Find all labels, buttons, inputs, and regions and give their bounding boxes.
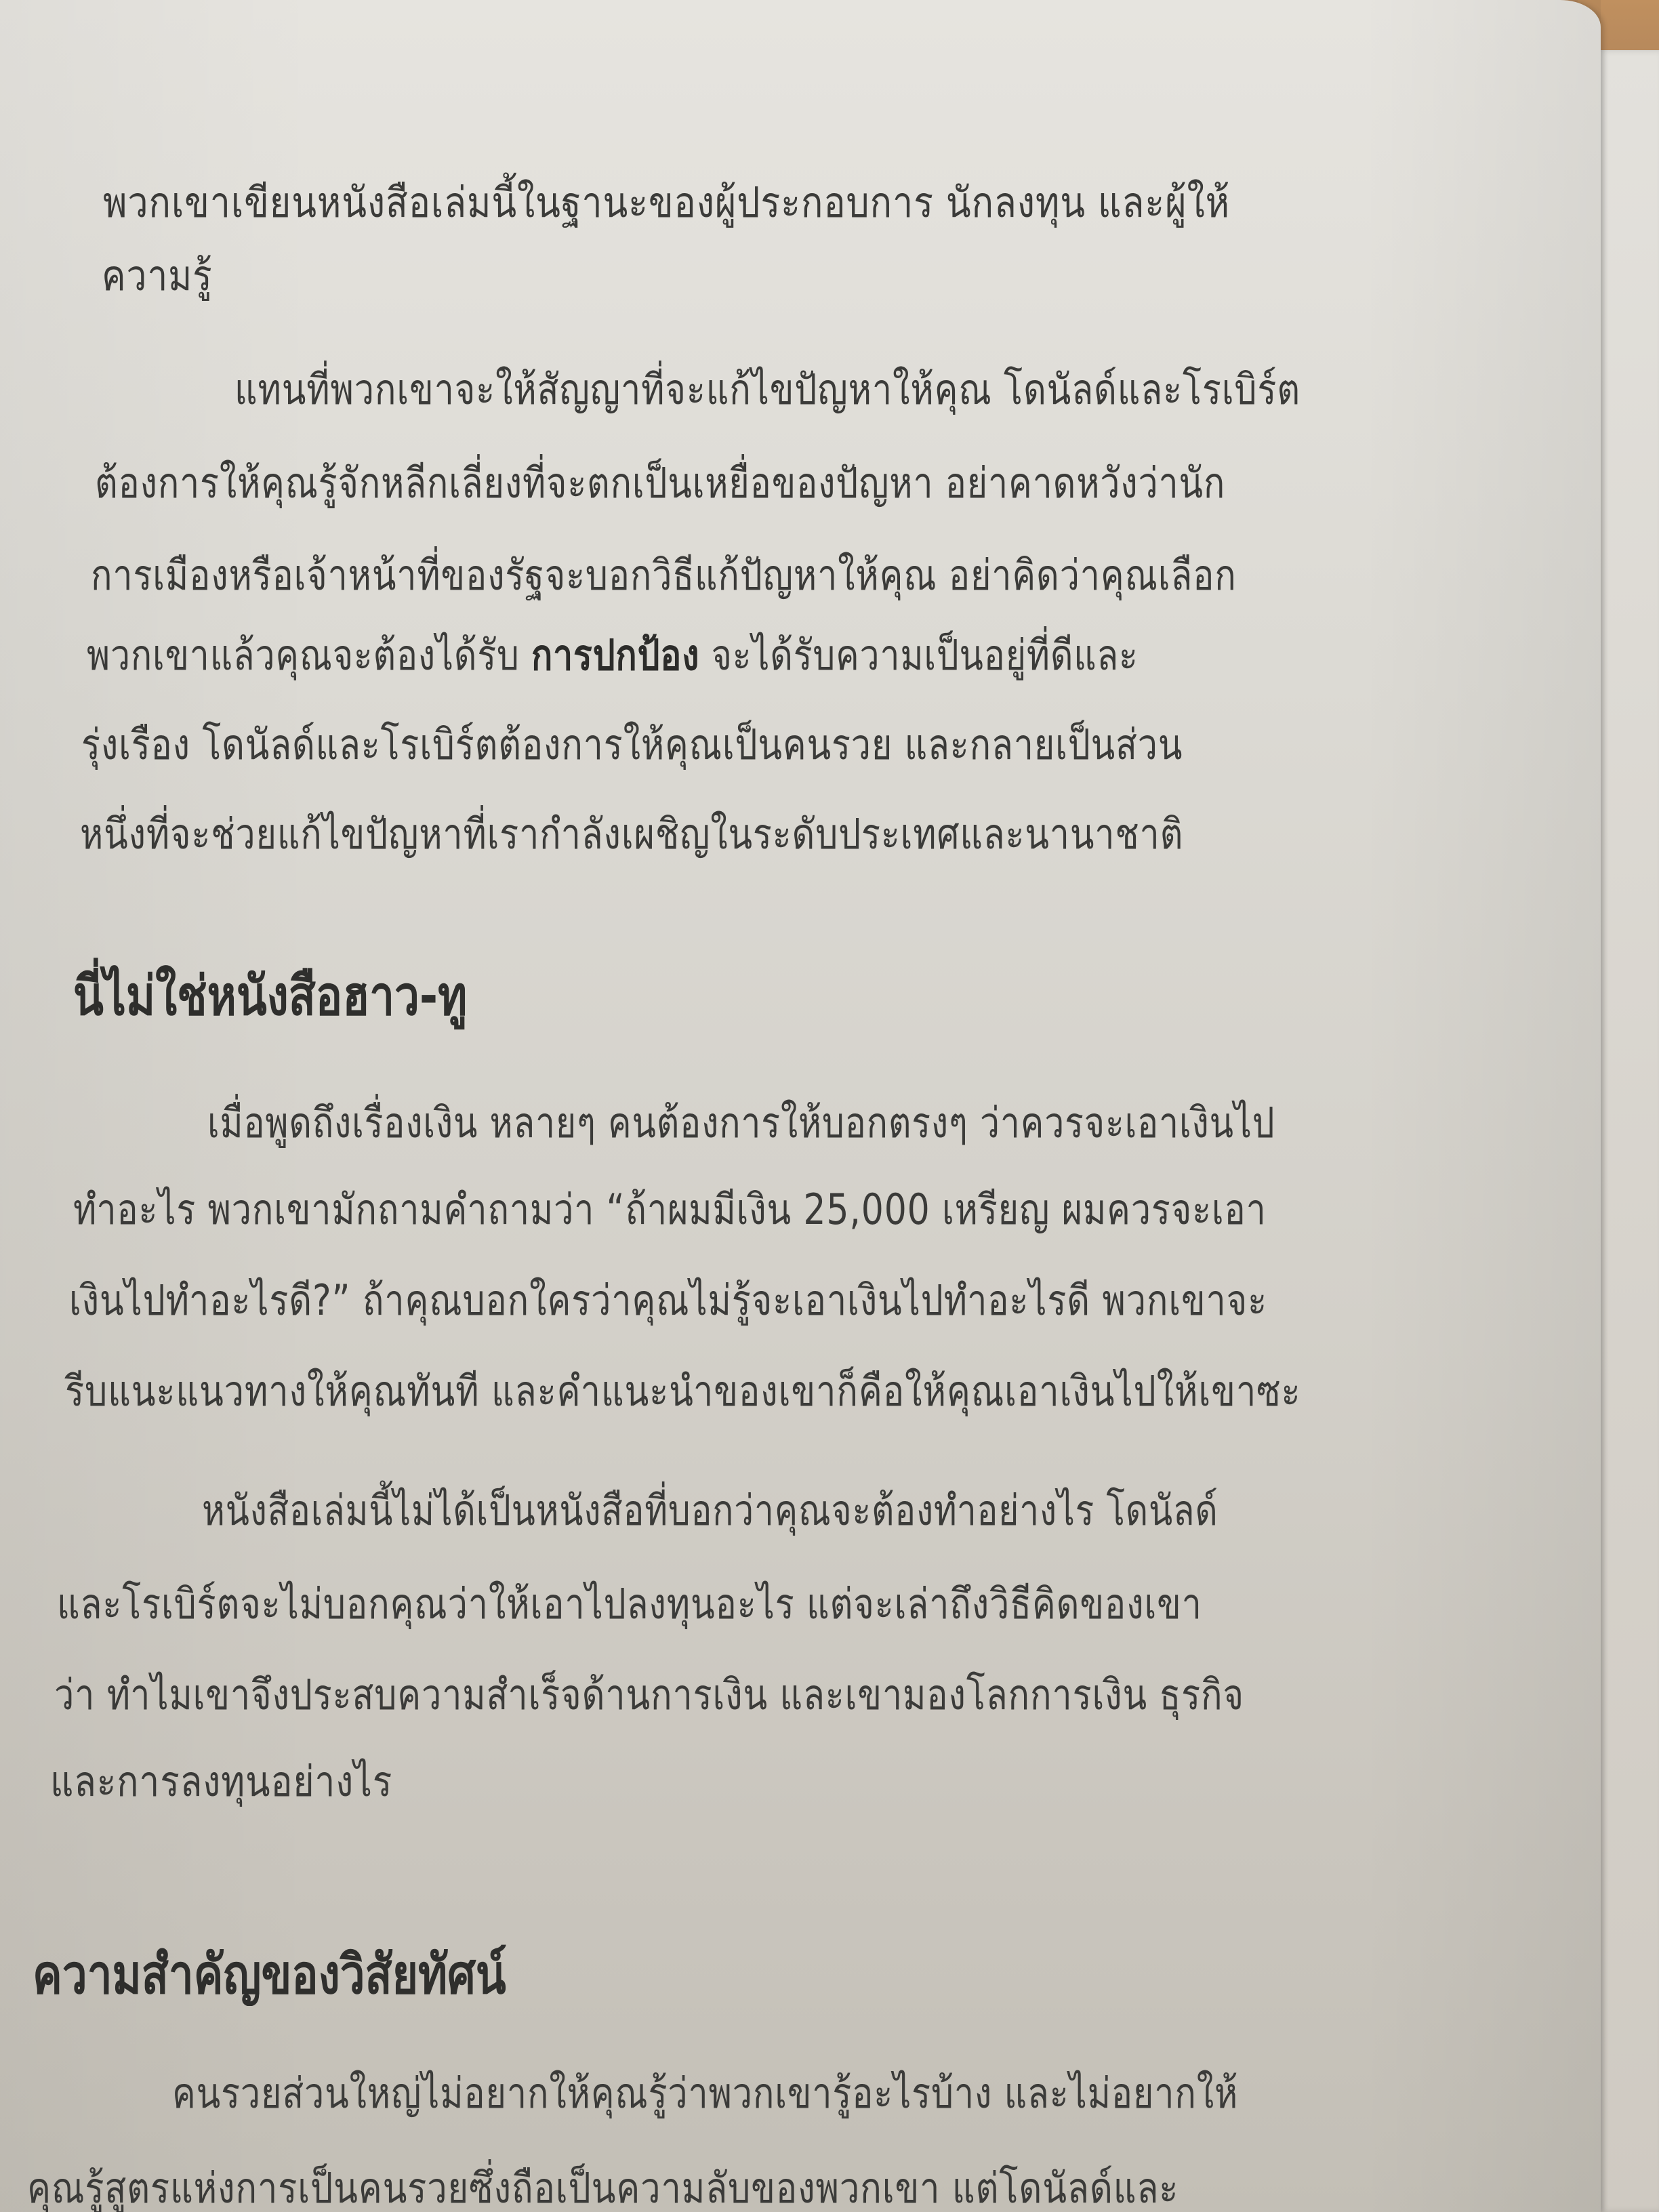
paragraph-line: เงินไปทำอะไรดี?” ถ้าคุณบอกใครว่าคุณไม่รู…: [69, 1279, 1267, 1322]
page-text: พวกเขาเขียนหนังสือเล่มนี้ในฐานะของผู้ประ…: [0, 0, 1601, 2212]
paragraph-line: ว่า ทำไมเขาจึงประสบความสำเร็จด้านการเงิน…: [54, 1674, 1244, 1716]
paragraph-line: รุ่งเรือง โดนัลด์และโรเบิร์ตต้องการให้คุ…: [81, 724, 1183, 766]
paragraph-line: หนังสือเล่มนี้ไม่ได้เป็นหนังสือที่บอกว่า…: [202, 1490, 1218, 1532]
paragraph-line: การเมืองหรือเจ้าหน้าที่ของรัฐจะบอกวิธีแก…: [91, 554, 1237, 596]
paragraph-line: และการลงทุนอย่างไร: [50, 1761, 392, 1803]
paragraph-line: ทำอะไร พวกเขามักถามคำถามว่า “ถ้าผมมีเงิน…: [73, 1189, 1267, 1231]
paragraph-line: คนรวยส่วนใหญ่ไม่อยากให้คุณรู้ว่าพวกเขารู…: [172, 2072, 1238, 2114]
paragraph-line: แทนที่พวกเขาจะให้สัญญาที่จะแก้ไขปัญหาให้…: [234, 369, 1300, 411]
section-heading: ความสำคัญของวิสัยทัศน์: [33, 1948, 506, 2002]
paragraph-line: พวกเขาแล้วคุณจะต้องได้รับ การปกป้อง จะได…: [87, 634, 1139, 676]
photo-scene: พวกเขาเขียนหนังสือเล่มนี้ในฐานะของผู้ประ…: [0, 0, 1659, 2212]
paragraph-line: หนึ่งที่จะช่วยแก้ไขปัญหาที่เรากำลังเผชิญ…: [80, 813, 1183, 855]
paragraph-line: รีบแนะแนวทางให้คุณทันที และคำแนะนำของเขา…: [65, 1370, 1300, 1412]
paragraph-line: ความรู้: [102, 255, 213, 297]
paragraph-line: เมื่อพูดถึงเรื่องเงิน หลายๆ คนต้องการให้…: [207, 1102, 1275, 1144]
paragraph-line: พวกเขาเขียนหนังสือเล่มนี้ในฐานะของผู้ประ…: [103, 182, 1230, 224]
book-page: พวกเขาเขียนหนังสือเล่มนี้ในฐานะของผู้ประ…: [0, 0, 1601, 2212]
emphasis-text: การปกป้อง: [531, 630, 699, 680]
paragraph-line: และโรเบิร์ตจะไม่บอกคุณว่าให้เอาไปลงทุนอะ…: [57, 1583, 1202, 1625]
paragraph-line: คุณรู้สูตรแห่งการเป็นคนรวยซึ่งถือเป็นควา…: [27, 2167, 1179, 2209]
next-page-edge: [1598, 50, 1659, 2212]
paragraph-line: ต้องการให้คุณรู้จักหลีกเลี่ยงที่จะตกเป็น…: [95, 462, 1225, 504]
section-heading: นี่ไม่ใช่หนังสือฮาว-ทู: [73, 969, 467, 1023]
